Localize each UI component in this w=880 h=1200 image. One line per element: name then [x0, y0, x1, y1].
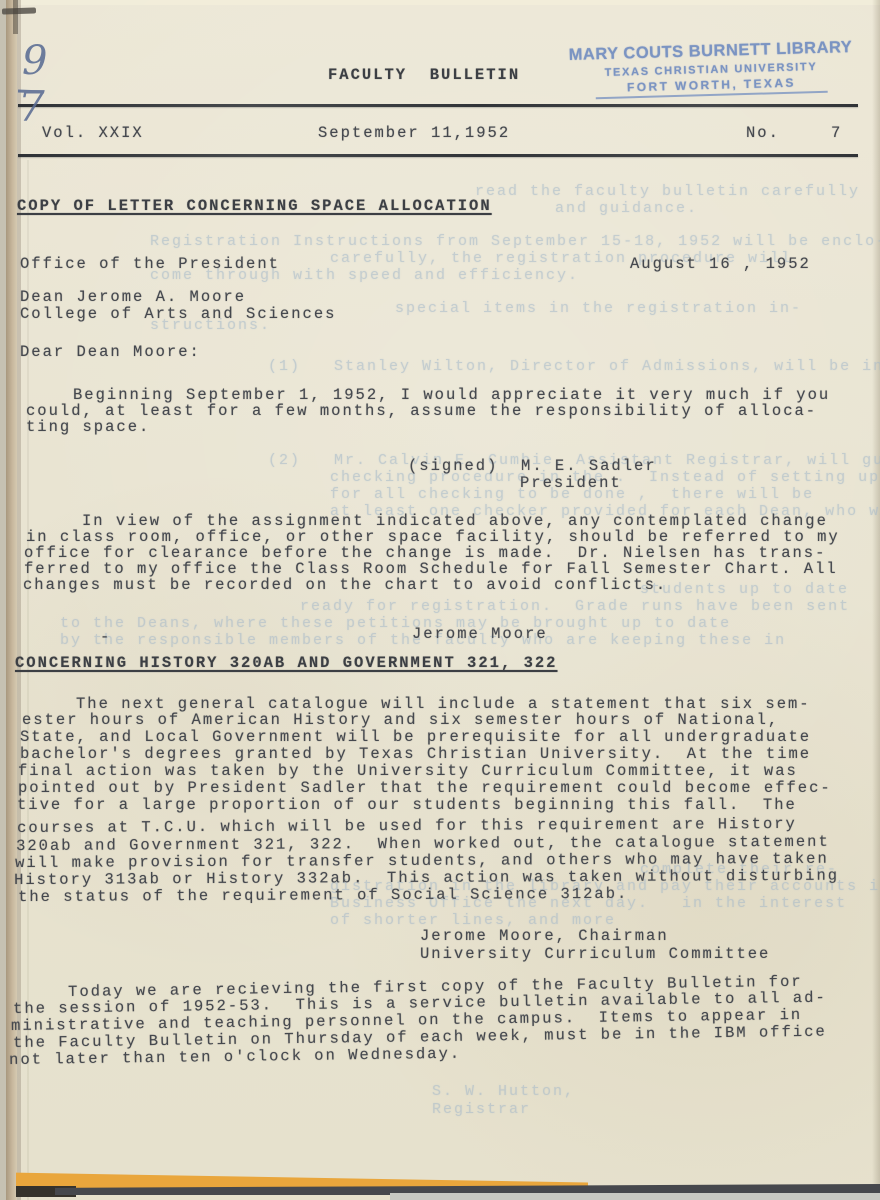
typed-line: bachelor's degrees granted by Texas Chri… — [20, 745, 811, 763]
bulletin-title: FACULTY BULLETIN — [328, 66, 520, 84]
typed-line: Dear Dean Moore: — [20, 343, 201, 361]
typed-line: final action was taken by the University… — [18, 762, 798, 780]
handwritten-digit-top: 9 — [22, 38, 47, 84]
typed-line: ting space. — [26, 418, 150, 436]
ghost-text-line: special items in the registration in- — [395, 300, 802, 317]
typed-line: - — [100, 628, 111, 646]
ghost-text-line: S. W. Hutton, — [432, 1083, 575, 1100]
bottom-light-edge — [390, 1193, 880, 1200]
typed-line: Jerome Moore — [412, 625, 548, 643]
typed-line: tive for a large proportion of our stude… — [17, 796, 797, 814]
issue-number-label: No. — [746, 124, 780, 142]
corner-ink-mark — [2, 7, 36, 14]
typed-line: ester hours of American History and six … — [22, 711, 779, 729]
masthead-rule-bottom — [18, 154, 858, 157]
typed-line: Office of the President — [20, 255, 280, 273]
typed-line: President — [520, 474, 622, 492]
corner-edge-mark — [13, 0, 18, 34]
section-heading-history-government: CONCERNING HISTORY 320AB AND GOVERNMENT … — [15, 654, 557, 672]
ghost-text-line: read the faculty bulletin carefully — [475, 183, 860, 200]
issue-number: 7 — [831, 124, 842, 142]
typed-line: pointed out by President Sadler that the… — [18, 779, 832, 797]
ghost-text-line: (1) Stanley Wilton, Director of Admissio… — [268, 358, 880, 375]
section-heading-space-allocation: COPY OF LETTER CONCERNING SPACE ALLOCATI… — [17, 197, 492, 215]
ghost-text-line: to the Deans, where these petitions may … — [60, 615, 731, 632]
page-right-edge — [872, 0, 880, 1200]
typed-line: State, and Local Government will be prer… — [20, 728, 811, 746]
typed-line: University Curriculum Committee — [420, 945, 770, 963]
typed-line: August 16 , 1952 — [630, 255, 811, 273]
library-stamp: MARY COUTS BURNETT LIBRARY TEXAS CHRISTI… — [551, 38, 870, 101]
masthead-rule-top — [18, 104, 858, 107]
typed-line: changes must be recorded on the chart to… — [23, 576, 667, 594]
ghost-text-line: Registrar — [432, 1101, 531, 1118]
typed-line: Dean Jerome A. Moore — [20, 288, 246, 306]
typed-line: the status of the requirement of Social … — [18, 885, 628, 906]
scanned-page: read the faculty bulletin carefullyand g… — [0, 0, 880, 1200]
ghost-text-line: students up to date — [640, 581, 849, 598]
issue-date: September 11,1952 — [318, 124, 510, 142]
typed-line: Jerome Moore, Chairman — [420, 927, 669, 945]
typed-line: College of Arts and Sciences — [20, 305, 336, 323]
volume-label: Vol. XXIX — [42, 124, 144, 142]
handwritten-digit-bottom: 7 — [18, 82, 45, 131]
page-top-edge — [0, 0, 880, 5]
ghost-text-line: Registration Instructions from September… — [150, 233, 880, 250]
ghost-text-line: ready for registration. Grade runs have … — [300, 598, 850, 615]
typed-line: (signed) M. E. Sadler — [408, 457, 657, 475]
ghost-text-line: and guidance. — [555, 200, 698, 217]
